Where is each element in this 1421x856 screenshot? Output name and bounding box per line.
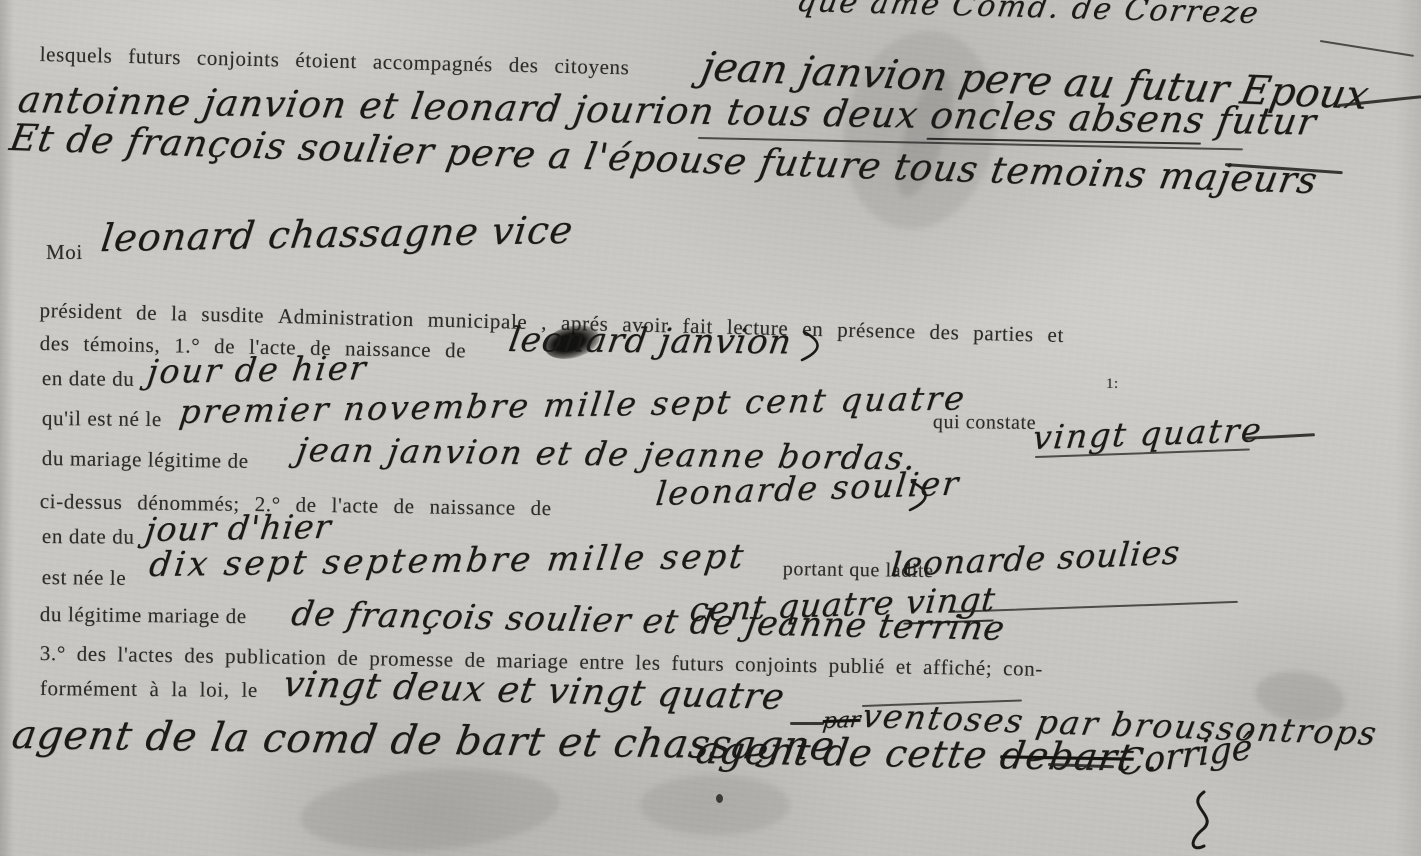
hand-groom-name: leonard janvion (506, 320, 795, 362)
printed-moi: Moi (46, 240, 83, 265)
printed-date1: en date du (42, 366, 135, 392)
hand-date1: jour de hier (145, 348, 370, 391)
hand-agent-cette-line: agent de cette debart . (693, 728, 1163, 780)
stray-ink-mark: 1: (1106, 376, 1119, 393)
hand-birthdate-bride: dix sept septembre mille sept (147, 537, 749, 585)
hand-agent-struck-word: debart (997, 733, 1137, 779)
pen-tail-stroke (1320, 40, 1414, 57)
hand-officiant-name: leonard chassagne vice (99, 208, 576, 260)
pen-flourish (798, 328, 834, 364)
printed-mariage1: du mariage légitime de (42, 446, 249, 474)
printed-birth2: est née le (42, 565, 127, 591)
printed-birth1: qu'il est né le (42, 406, 162, 432)
printed-clause-conjoints: lesquels futurs conjoints étoient accomp… (39, 42, 629, 80)
hand-agent-cette-part1: agent de cette (693, 728, 1004, 777)
hand-witnesses-part2: futur (1201, 99, 1319, 144)
pen-flourish (906, 478, 942, 514)
ink-spot (716, 794, 723, 803)
printed-date2: en date du (42, 524, 135, 550)
paper-smudge (640, 775, 790, 835)
hand-bride-name-repeat: leonarde soulies (889, 532, 1182, 584)
marginal-note-top: que ame Comd. de Correze (794, 0, 1262, 31)
signature-flourish (1180, 788, 1224, 854)
printed-qui-constate: qui constate (933, 411, 1036, 435)
printed-mariage2: du légitime mariage de (40, 602, 247, 629)
scanned-marriage-record-page: que ame Comd. de Correze lesquels futurs… (0, 0, 1421, 856)
printed-loi-clause: formément à la loi, le (40, 676, 258, 703)
paper-smudge (298, 761, 563, 856)
hand-witnesses-underlined: oncles absens (927, 94, 1208, 145)
